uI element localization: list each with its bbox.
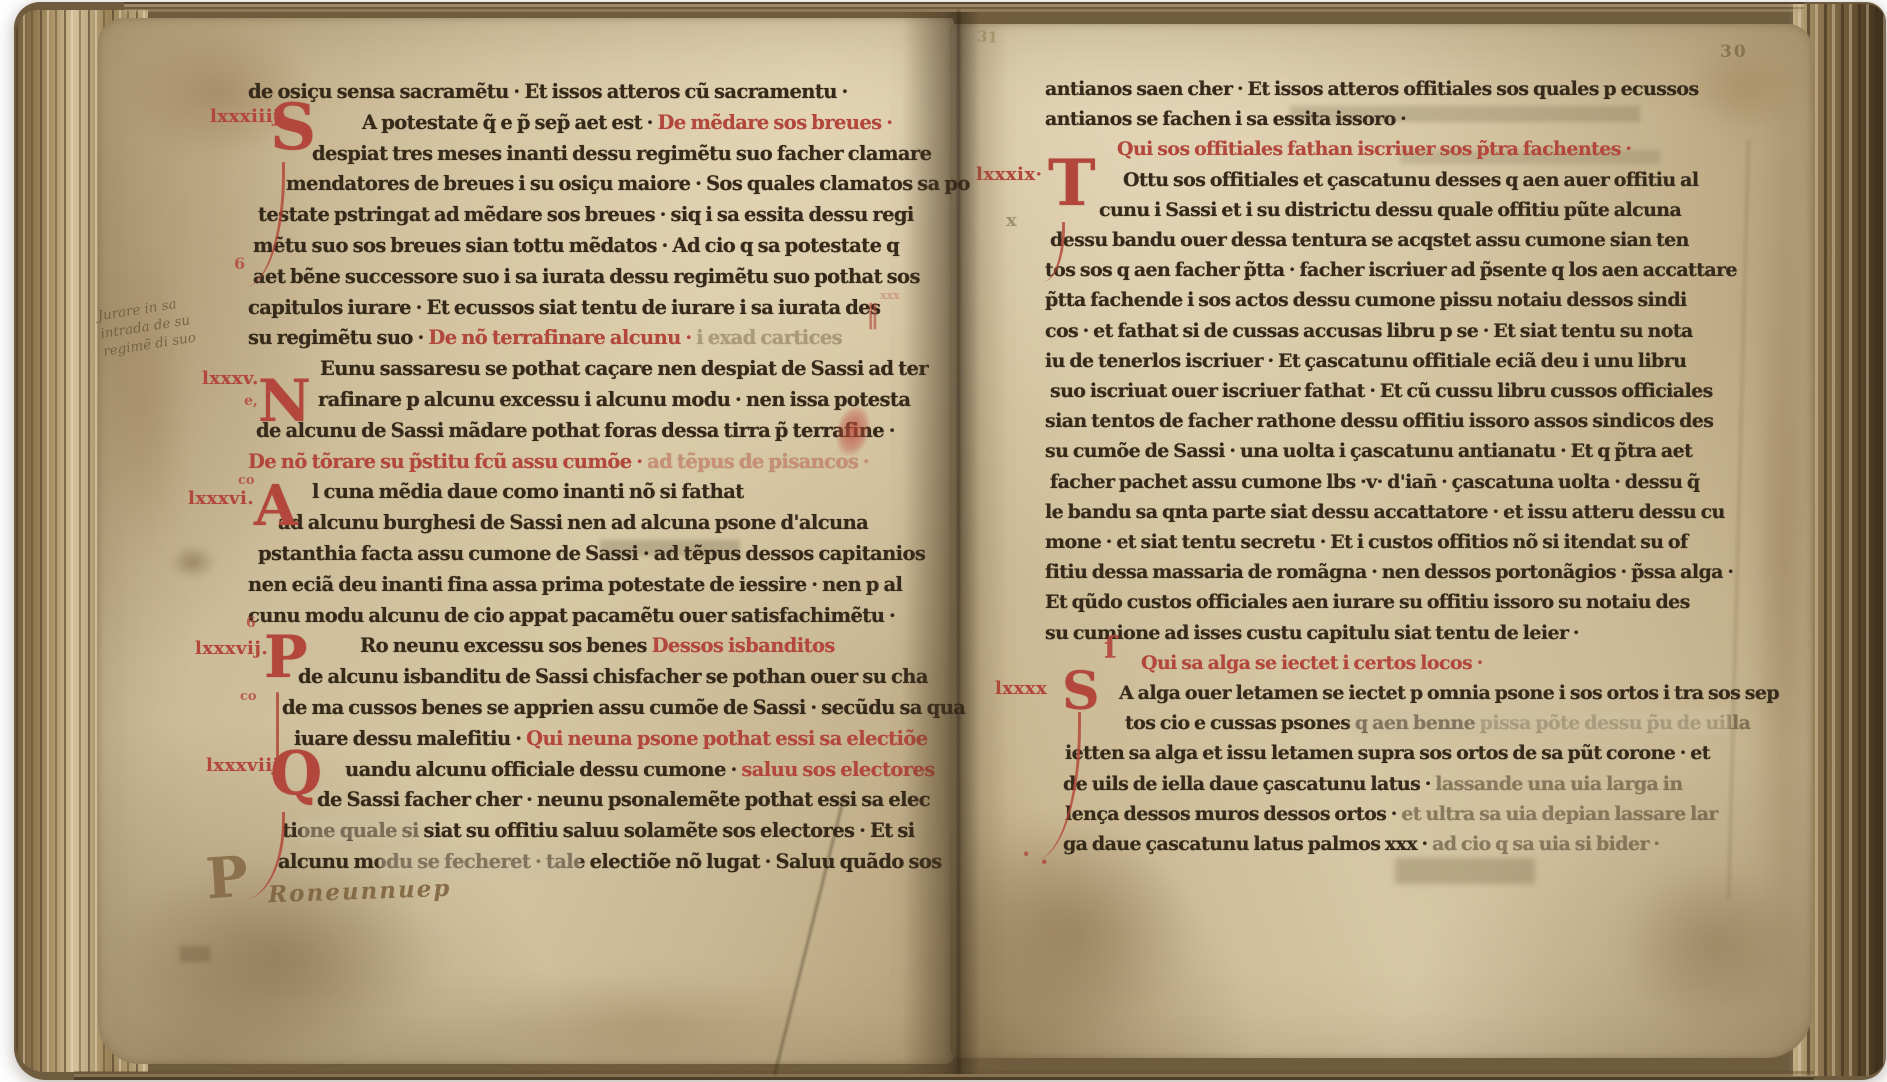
- rubric-text: De nõ terrafinare alcunu ·: [428, 326, 691, 349]
- manuscript-line: mendatores de breues i su osiçu maiore ·…: [286, 174, 970, 194]
- manuscript-line: aet bẽne successore suo i sa iurata dess…: [253, 267, 920, 287]
- manuscript-line: alcunu modu se fecheret · tale electiõe …: [278, 852, 942, 872]
- rubric-text: Dessos isbanditos: [652, 634, 835, 657]
- folio-mark: 31: [976, 27, 998, 46]
- body-text: et ultra sa uia depian lassare lar: [1401, 803, 1718, 825]
- body-text: tione quale si siat su offitiu saluu sol…: [282, 819, 915, 842]
- manuscript-line: sian tentos de facher rathone dessu offi…: [1045, 412, 1713, 431]
- body-text: aet bẽne successore suo i sa iurata dess…: [253, 265, 920, 288]
- decorated-initial: Q: [270, 744, 322, 804]
- manuscript-line: Et qũdo custos officiales aen iurare su …: [1045, 593, 1690, 612]
- manuscript-line: ad alcunu burghesi de Sassi nen ad alcun…: [278, 513, 868, 533]
- catchword: Roneunnuep: [268, 875, 452, 908]
- body-text: alcunu modu se fecheret · tale electiõe …: [278, 850, 942, 873]
- body-text: ad cio q sa uia si bider ·: [1432, 833, 1659, 855]
- rubric-text: ad tẽpus de pisancos ·: [647, 450, 869, 473]
- manuscript-line: de alcunu de Sassi mãdare pothat foras d…: [256, 421, 895, 441]
- manuscript-line: capitulos iurare · Et ecussos siat tentu…: [248, 298, 880, 318]
- manuscript-line: antianos saen cher · Et issos atteros of…: [1045, 80, 1699, 99]
- pen-mark: ſ: [1104, 634, 1117, 664]
- gutter-fold-line: [957, 10, 960, 1074]
- manuscript-line: nen eciã deu inanti fina assa prima pote…: [248, 575, 902, 595]
- body-text: de Sassi facher cher · neunu psonalemẽte…: [317, 788, 930, 811]
- manuscript-line: de osiçu sensa sacramẽtu · Et issos atte…: [248, 82, 848, 102]
- catchword-initial: P: [204, 849, 250, 908]
- body-text: antianos saen cher · Et issos atteros of…: [1045, 78, 1699, 100]
- manuscript-line: Qui sos offitiales fathan iscriuer sos p…: [1117, 140, 1631, 159]
- pen-mark: e,: [244, 394, 258, 408]
- manuscript-line: despiat tres meses inanti dessu regimẽtu…: [312, 144, 931, 164]
- body-text: de alcunu isbanditu de Sassi chisfacher …: [298, 665, 928, 688]
- manuscript-line: l cuna mẽdia daue como inanti nõ si fath…: [312, 482, 744, 502]
- body-text: de osiçu sensa sacramẽtu · Et issos atte…: [248, 80, 848, 103]
- body-text: cunu modu alcunu de cio appat pacamẽtu o…: [248, 604, 895, 627]
- body-text: mẽtu suo sos breues sian tottu mẽdatos ·…: [253, 234, 899, 257]
- pen-mark: ‖: [866, 302, 879, 328]
- body-text: lença dessos muros dessos ortos ·: [1065, 803, 1401, 825]
- manuscript-line: mone · et siat tentu secretu · Et i cust…: [1045, 533, 1688, 552]
- manuscript-line: Ottu sos offitiales et çascatunu desses …: [1123, 171, 1698, 190]
- manuscript-line: de uils de iella daue çascatunu latus · …: [1063, 775, 1683, 794]
- chapter-number: lxxxv.: [202, 370, 259, 388]
- manuscript-line: A alga ouer letamen se iectet p omnia ps…: [1119, 684, 1779, 703]
- decorated-initial: T: [1048, 152, 1096, 216]
- manuscript-line: le bandu sa qnta parte siat dessu accatt…: [1045, 503, 1725, 522]
- body-text: iuare dessu malefitiu ·: [294, 727, 526, 750]
- body-text: Et qũdo custos officiales aen iurare su …: [1045, 591, 1690, 613]
- manuscript-line: Ro neunu excessu sos benes Dessos isband…: [360, 636, 835, 656]
- manuscript-line: tos sos q aen facher p̃tta · facher iscr…: [1045, 261, 1737, 280]
- body-text: pstanthia facta assu cumone de Sassi · a…: [258, 542, 925, 565]
- text-layer: 30 31 Jurare in sa intrada de su regimẽ …: [0, 0, 1887, 1082]
- manuscript-line: su regimẽtu suo · De nõ terrafinare alcu…: [248, 328, 842, 348]
- body-text: nen eciã deu inanti fina assa prima pote…: [248, 573, 902, 596]
- body-text: mone · et siat tentu secretu · Et i cust…: [1045, 531, 1688, 553]
- manuscript-line: rafinare p alcunu excessu i alcunu modu …: [318, 390, 910, 410]
- decorated-initial: S: [270, 96, 316, 160]
- manuscript-line: antianos se fachen i sa essita issoro ·: [1045, 110, 1406, 129]
- body-text: lassande una uia larga in: [1435, 773, 1682, 795]
- manuscript-line: mẽtu suo sos breues sian tottu mẽdatos ·…: [253, 236, 899, 256]
- folio-number: 30: [1720, 42, 1748, 62]
- manuscript-line: pstanthia facta assu cumone de Sassi · a…: [258, 544, 925, 564]
- body-text: de ma cussos benes se apprien assu cumõe…: [282, 696, 965, 719]
- body-text: ietten sa alga et issu letamen supra sos…: [1065, 742, 1710, 764]
- manuscript-line: p̃tta fachende i sos actos dessu cumone …: [1045, 291, 1687, 310]
- body-text: su cumõe de Sassi · una uolta i çascatun…: [1045, 440, 1692, 462]
- manuscript-line: suo iscriuat ouer iscriuer fathat · Et c…: [1050, 382, 1713, 401]
- manuscript-line: uandu alcunu officiale dessu cumone · sa…: [345, 760, 935, 780]
- manuscript-line: de ma cussos benes se apprien assu cumõe…: [282, 698, 965, 718]
- pen-mark: co: [238, 474, 255, 487]
- margin-note: Jurare in sa intrada de su regimẽ di suo: [96, 293, 197, 361]
- rubric-text: saluu sos electores: [741, 758, 934, 781]
- body-text: Ro neunu excessu sos benes: [360, 634, 652, 657]
- manuscript-line: de alcunu isbanditu de Sassi chisfacher …: [298, 667, 928, 687]
- rubric-text: De nõ tõrare su p̃stitu fcũ assu cumõe ·: [248, 450, 647, 473]
- pen-mark: co: [240, 690, 257, 703]
- body-text: Eunu sassaresu se pothat caçare nen desp…: [320, 357, 928, 380]
- body-text: cos · et fathat si de cussas accusas lib…: [1045, 320, 1693, 342]
- body-text: capitulos iurare · Et ecussos siat tentu…: [248, 296, 880, 319]
- pen-mark: 6: [246, 616, 256, 630]
- body-text: antianos se fachen i sa essita issoro ·: [1045, 108, 1406, 130]
- manuscript-line: de Sassi facher cher · neunu psonalemẽte…: [317, 790, 930, 810]
- body-text: sian tentos de facher rathone dessu offi…: [1045, 410, 1713, 432]
- pen-mark: xxx: [880, 290, 900, 301]
- body-text: Ottu sos offitiales et çascatunu desses …: [1123, 169, 1698, 191]
- rubric-text: Qui sos offitiales fathan iscriuer sos p…: [1117, 138, 1631, 160]
- body-text: fitiu dessa massaria de romãgna · nen de…: [1045, 561, 1733, 583]
- pen-mark: ·: [1040, 850, 1048, 874]
- body-text: tos sos q aen facher p̃tta · facher iscr…: [1045, 259, 1737, 281]
- pen-mark: ·: [1022, 842, 1030, 866]
- body-text: ad alcunu burghesi de Sassi nen ad alcun…: [278, 511, 868, 534]
- body-text: cunu i Sassi et i su districtu dessu qua…: [1099, 199, 1681, 221]
- body-text: le bandu sa qnta parte siat dessu accatt…: [1045, 501, 1725, 523]
- body-text: rafinare p alcunu excessu i alcunu modu …: [318, 388, 910, 411]
- manuscript-line: su cumõe de Sassi · una uolta i çascatun…: [1045, 442, 1692, 461]
- chapter-number: lxxxx: [995, 680, 1047, 698]
- decorated-initial: S: [1062, 666, 1100, 718]
- manuscript-line: su cumione ad isses custu capitulu siat …: [1045, 624, 1579, 643]
- body-text: tos cio e cussas psones q aen benne: [1125, 712, 1480, 734]
- manuscript-line: Qui sa alga se iectet i certos locos ·: [1141, 654, 1483, 673]
- manuscript-line: testate pstringat ad mẽdare sos breues ·…: [258, 205, 914, 225]
- manuscript-photo: 30 31 Jurare in sa intrada de su regimẽ …: [0, 0, 1887, 1082]
- manuscript-line: facher pachet assu cumone lbs ·v· d'ian̄…: [1050, 473, 1700, 492]
- body-text: l cuna mẽdia daue como inanti nõ si fath…: [312, 480, 744, 503]
- body-text: su cumione ad isses custu capitulu siat …: [1045, 622, 1579, 644]
- manuscript-line: cunu modu alcunu de cio appat pacamẽtu o…: [248, 606, 895, 626]
- manuscript-line: tione quale si siat su offitiu saluu sol…: [282, 821, 915, 841]
- manuscript-line: iuare dessu malefitiu · Qui neuna psone …: [294, 729, 928, 749]
- chapter-number: lxxxvi.: [188, 490, 254, 508]
- body-text: uandu alcunu officiale dessu cumone ·: [345, 758, 741, 781]
- pen-mark: 6: [234, 256, 245, 272]
- body-text: i exad cartices: [692, 326, 842, 349]
- rubric-text: Qui sa alga se iectet i certos locos ·: [1141, 652, 1483, 674]
- pen-mark: x: [1006, 212, 1017, 230]
- body-text: A potestate q̃ e p̃ sep̃ aet est ·: [362, 111, 658, 134]
- chapter-number: lxxxix·: [976, 166, 1042, 184]
- body-text: mendatores de breues i su osiçu maiore ·…: [286, 172, 970, 195]
- decorated-initial: N: [258, 372, 311, 430]
- body-text: p̃tta fachende i sos actos dessu cumone …: [1045, 289, 1687, 311]
- body-text: A alga ouer letamen se iectet p omnia ps…: [1119, 682, 1779, 704]
- body-text: despiat tres meses inanti dessu regimẽtu…: [312, 142, 931, 165]
- manuscript-line: cunu i Sassi et i su districtu dessu qua…: [1099, 201, 1681, 220]
- body-text: facher pachet assu cumone lbs ·v· d'ian̄…: [1050, 471, 1700, 493]
- manuscript-line: iu de tenerlos iscriuer · Et çascatunu o…: [1045, 352, 1686, 371]
- body-text: ga daue çascatunu latus palmos xxx ·: [1063, 833, 1432, 855]
- chapter-number: lxxxvij.: [195, 640, 268, 658]
- body-text: de alcunu de Sassi mãdare pothat foras d…: [256, 419, 895, 442]
- manuscript-line: lença dessos muros dessos ortos · et ult…: [1065, 805, 1718, 824]
- manuscript-line: dessu bandu ouer dessa tentura se acqste…: [1050, 231, 1689, 250]
- manuscript-line: cos · et fathat si de cussas accusas lib…: [1045, 322, 1693, 341]
- manuscript-line: ga daue çascatunu latus palmos xxx · ad …: [1063, 835, 1659, 854]
- body-text: dessu bandu ouer dessa tentura se acqste…: [1050, 229, 1689, 251]
- decorated-initial: P: [264, 628, 308, 686]
- manuscript-line: A potestate q̃ e p̃ sep̃ aet est · De mẽ…: [362, 113, 892, 133]
- manuscript-line: Eunu sassaresu se pothat caçare nen desp…: [320, 359, 928, 379]
- body-text: iu de tenerlos iscriuer · Et çascatunu o…: [1045, 350, 1686, 372]
- body-text: de uils de iella daue çascatunu latus ·: [1063, 773, 1435, 795]
- manuscript-line: tos cio e cussas psones q aen benne piss…: [1125, 714, 1750, 733]
- manuscript-line: De nõ tõrare su p̃stitu fcũ assu cumõe ·…: [248, 452, 869, 472]
- body-text: suo iscriuat ouer iscriuer fathat · Et c…: [1050, 380, 1713, 402]
- body-text: su regimẽtu suo ·: [248, 326, 428, 349]
- manuscript-line: ietten sa alga et issu letamen supra sos…: [1065, 744, 1710, 763]
- rubric-text: De mẽdare sos breues ·: [658, 111, 893, 134]
- decorated-initial: A: [254, 478, 297, 534]
- manuscript-line: fitiu dessa massaria de romãgna · nen de…: [1045, 563, 1733, 582]
- rubric-text: Qui neuna psone pothat essi sa electiõe: [526, 727, 927, 750]
- body-text: pissa põte dessu p̃u de uilla: [1480, 712, 1751, 734]
- body-text: testate pstringat ad mẽdare sos breues ·…: [258, 203, 914, 226]
